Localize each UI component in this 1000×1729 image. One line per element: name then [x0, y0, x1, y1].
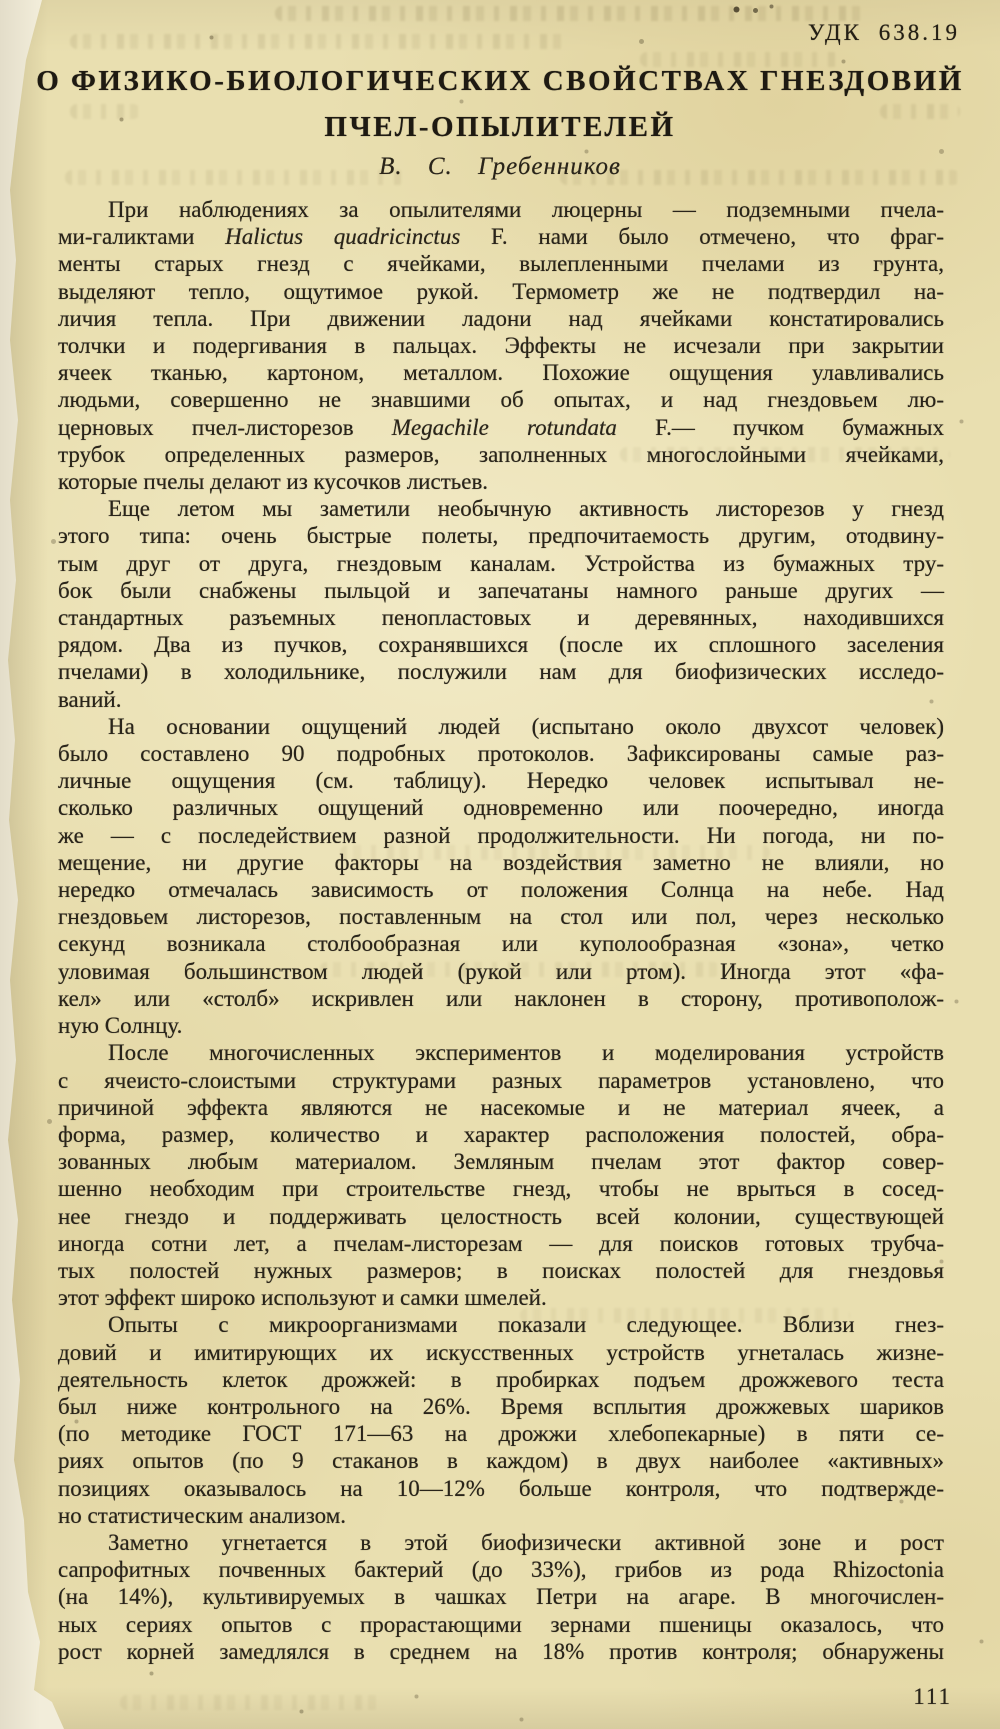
text-line: сколько различных ощущений одновременно … [58, 794, 944, 821]
text-line: тых полостей нужных размеров; в поисках … [58, 1257, 944, 1284]
text-line: менты старых гнезд с ячейками, вылепленн… [58, 250, 944, 277]
text-line: зованных любым материалом. Земляным пчел… [58, 1148, 944, 1175]
text-line: Еще летом мы заметили необычную активнос… [58, 495, 944, 522]
udc-number: УДК 638.19 [808, 20, 960, 46]
text-line: нередко отмечалась зависимость от положе… [58, 876, 944, 903]
text-line: но статистическим анализом. [58, 1502, 944, 1529]
bleed-through-texture [120, 1695, 380, 1710]
text-line: трубок определенных размеров, заполненны… [58, 441, 944, 468]
text-line: рост корней замедлялся в среднем на 18% … [58, 1638, 944, 1665]
text-line: же — с последействием разной продолжител… [58, 822, 944, 849]
text-line: которые пчелы делают из кусочков листьев… [58, 468, 944, 495]
text-line: тым друг от друга, гнездовым каналам. Ус… [58, 550, 944, 577]
paragraph: Опыты с микроорганизмами показали следую… [58, 1311, 944, 1529]
text-line: этот эффект широко используют и самки шм… [58, 1284, 944, 1311]
text-line: кел» или «столб» искривлен или наклонен … [58, 985, 944, 1012]
text-line: сапрофитных почвенных бактерий (до 33%),… [58, 1556, 944, 1583]
text-line: риях опытов (по 9 стаканов в каждом) в д… [58, 1447, 944, 1474]
text-line: нее гнездо и поддерживать целостность вс… [58, 1203, 944, 1230]
text-line: гнездовьем листорезов, поставленным на с… [58, 903, 944, 930]
text-line: (на 14%), культивируемых в чашках Петри … [58, 1583, 944, 1610]
text-line: (по методике ГОСТ 171—63 на дрожжи хлебо… [58, 1420, 944, 1447]
text-line: стандартных разъемных пенопластовых и де… [58, 604, 944, 631]
text-line: уловимая большинством людей (рукой или р… [58, 958, 944, 985]
text-line: был ниже контрольного на 26%. Время вспл… [58, 1393, 944, 1420]
author-name: В. С. Гребенников [20, 153, 980, 181]
page-number: 111 [913, 1684, 952, 1710]
text-line: было составлено 90 подробных протоколов.… [58, 740, 944, 767]
article-title-line2: ПЧЕЛ-ОПЫЛИТЕЛЕЙ [324, 111, 675, 143]
article-body: При наблюдениях за опылителями люцерны —… [58, 196, 944, 1665]
text-line: личия тепла. При движении ладони над яче… [58, 305, 944, 332]
text-line: рядом. Два из пучков, сохранявшихся (пос… [58, 631, 944, 658]
text-line: форма, размер, количество и характер рас… [58, 1121, 944, 1148]
bleed-through-texture [70, 34, 570, 49]
text-line: церновых пчел-листорезов Megachile rotun… [58, 414, 944, 441]
paragraph: Еще летом мы заметили необычную активнос… [58, 495, 944, 713]
text-line: Заметно угнетается в этой биофизически а… [58, 1529, 944, 1556]
text-line: причиной эффекта являются не насекомые и… [58, 1094, 944, 1121]
text-line: с ячеисто-слоистыми структурами разных п… [58, 1067, 944, 1094]
text-line: деятельность клеток дрожжей: в пробирках… [58, 1366, 944, 1393]
text-line: ваний. [58, 686, 944, 713]
bleed-through-texture [275, 6, 865, 21]
text-line: толчки и подергивания в пальцах. Эффекты… [58, 332, 944, 359]
text-line: шенно необходим при строительстве гнезд,… [58, 1175, 944, 1202]
text-line: бок были снабжены пыльцой и запечатаны н… [58, 577, 944, 604]
text-line: После многочисленных экспериментов и мод… [58, 1039, 944, 1066]
text-line: позициях оказывалось на 10—12% больше ко… [58, 1475, 944, 1502]
text-line: мещение, ни другие факторы на воздействи… [58, 849, 944, 876]
article-title: О ФИЗИКО-БИОЛОГИЧЕСКИХ СВОЙСТВАХ ГНЕЗДОВ… [20, 58, 980, 150]
text-line: ячеек тканью, картоном, металлом. Похожи… [58, 359, 944, 386]
text-line: людьми, совершенно не знавшими об опытах… [58, 386, 944, 413]
paragraph: После многочисленных экспериментов и мод… [58, 1039, 944, 1311]
text-line: довий и имитирующих их искусственных уст… [58, 1339, 944, 1366]
paragraph: На основании ощущений людей (испытано ок… [58, 713, 944, 1039]
text-line: ных сериях опытов с прорастающими зернам… [58, 1611, 944, 1638]
article-title-line1: О ФИЗИКО-БИОЛОГИЧЕСКИХ СВОЙСТВАХ ГНЕЗДОВ… [36, 65, 964, 97]
text-line: секунд возникала столбообразная или купо… [58, 930, 944, 957]
text-line: Опыты с микроорганизмами показали следую… [58, 1311, 944, 1338]
paragraph: При наблюдениях за опылителями люцерны —… [58, 196, 944, 495]
text-line: ми-галиктами Halictus quadricinctus F. н… [58, 223, 944, 250]
page-paper: УДК 638.19 О ФИЗИКО-БИОЛОГИЧЕСКИХ СВОЙСТ… [0, 0, 1000, 1729]
text-line: пчелами) в холодильнике, послужили нам д… [58, 658, 944, 685]
text-line: этого типа: очень быстрые полеты, предпо… [58, 522, 944, 549]
text-line: личные ощущения (см. таблицу). Нередко ч… [58, 767, 944, 794]
text-line: иногда сотни лет, а пчелам-листорезам — … [58, 1230, 944, 1257]
text-line: выделяют тепло, ощутимое рукой. Термомет… [58, 278, 944, 305]
scanned-page: УДК 638.19 О ФИЗИКО-БИОЛОГИЧЕСКИХ СВОЙСТ… [0, 0, 1000, 1729]
text-line: ную Солнцу. [58, 1012, 944, 1039]
text-line: На основании ощущений людей (испытано ок… [58, 713, 944, 740]
text-line: При наблюдениях за опылителями люцерны —… [58, 196, 944, 223]
paragraph: Заметно угнетается в этой биофизически а… [58, 1529, 944, 1665]
